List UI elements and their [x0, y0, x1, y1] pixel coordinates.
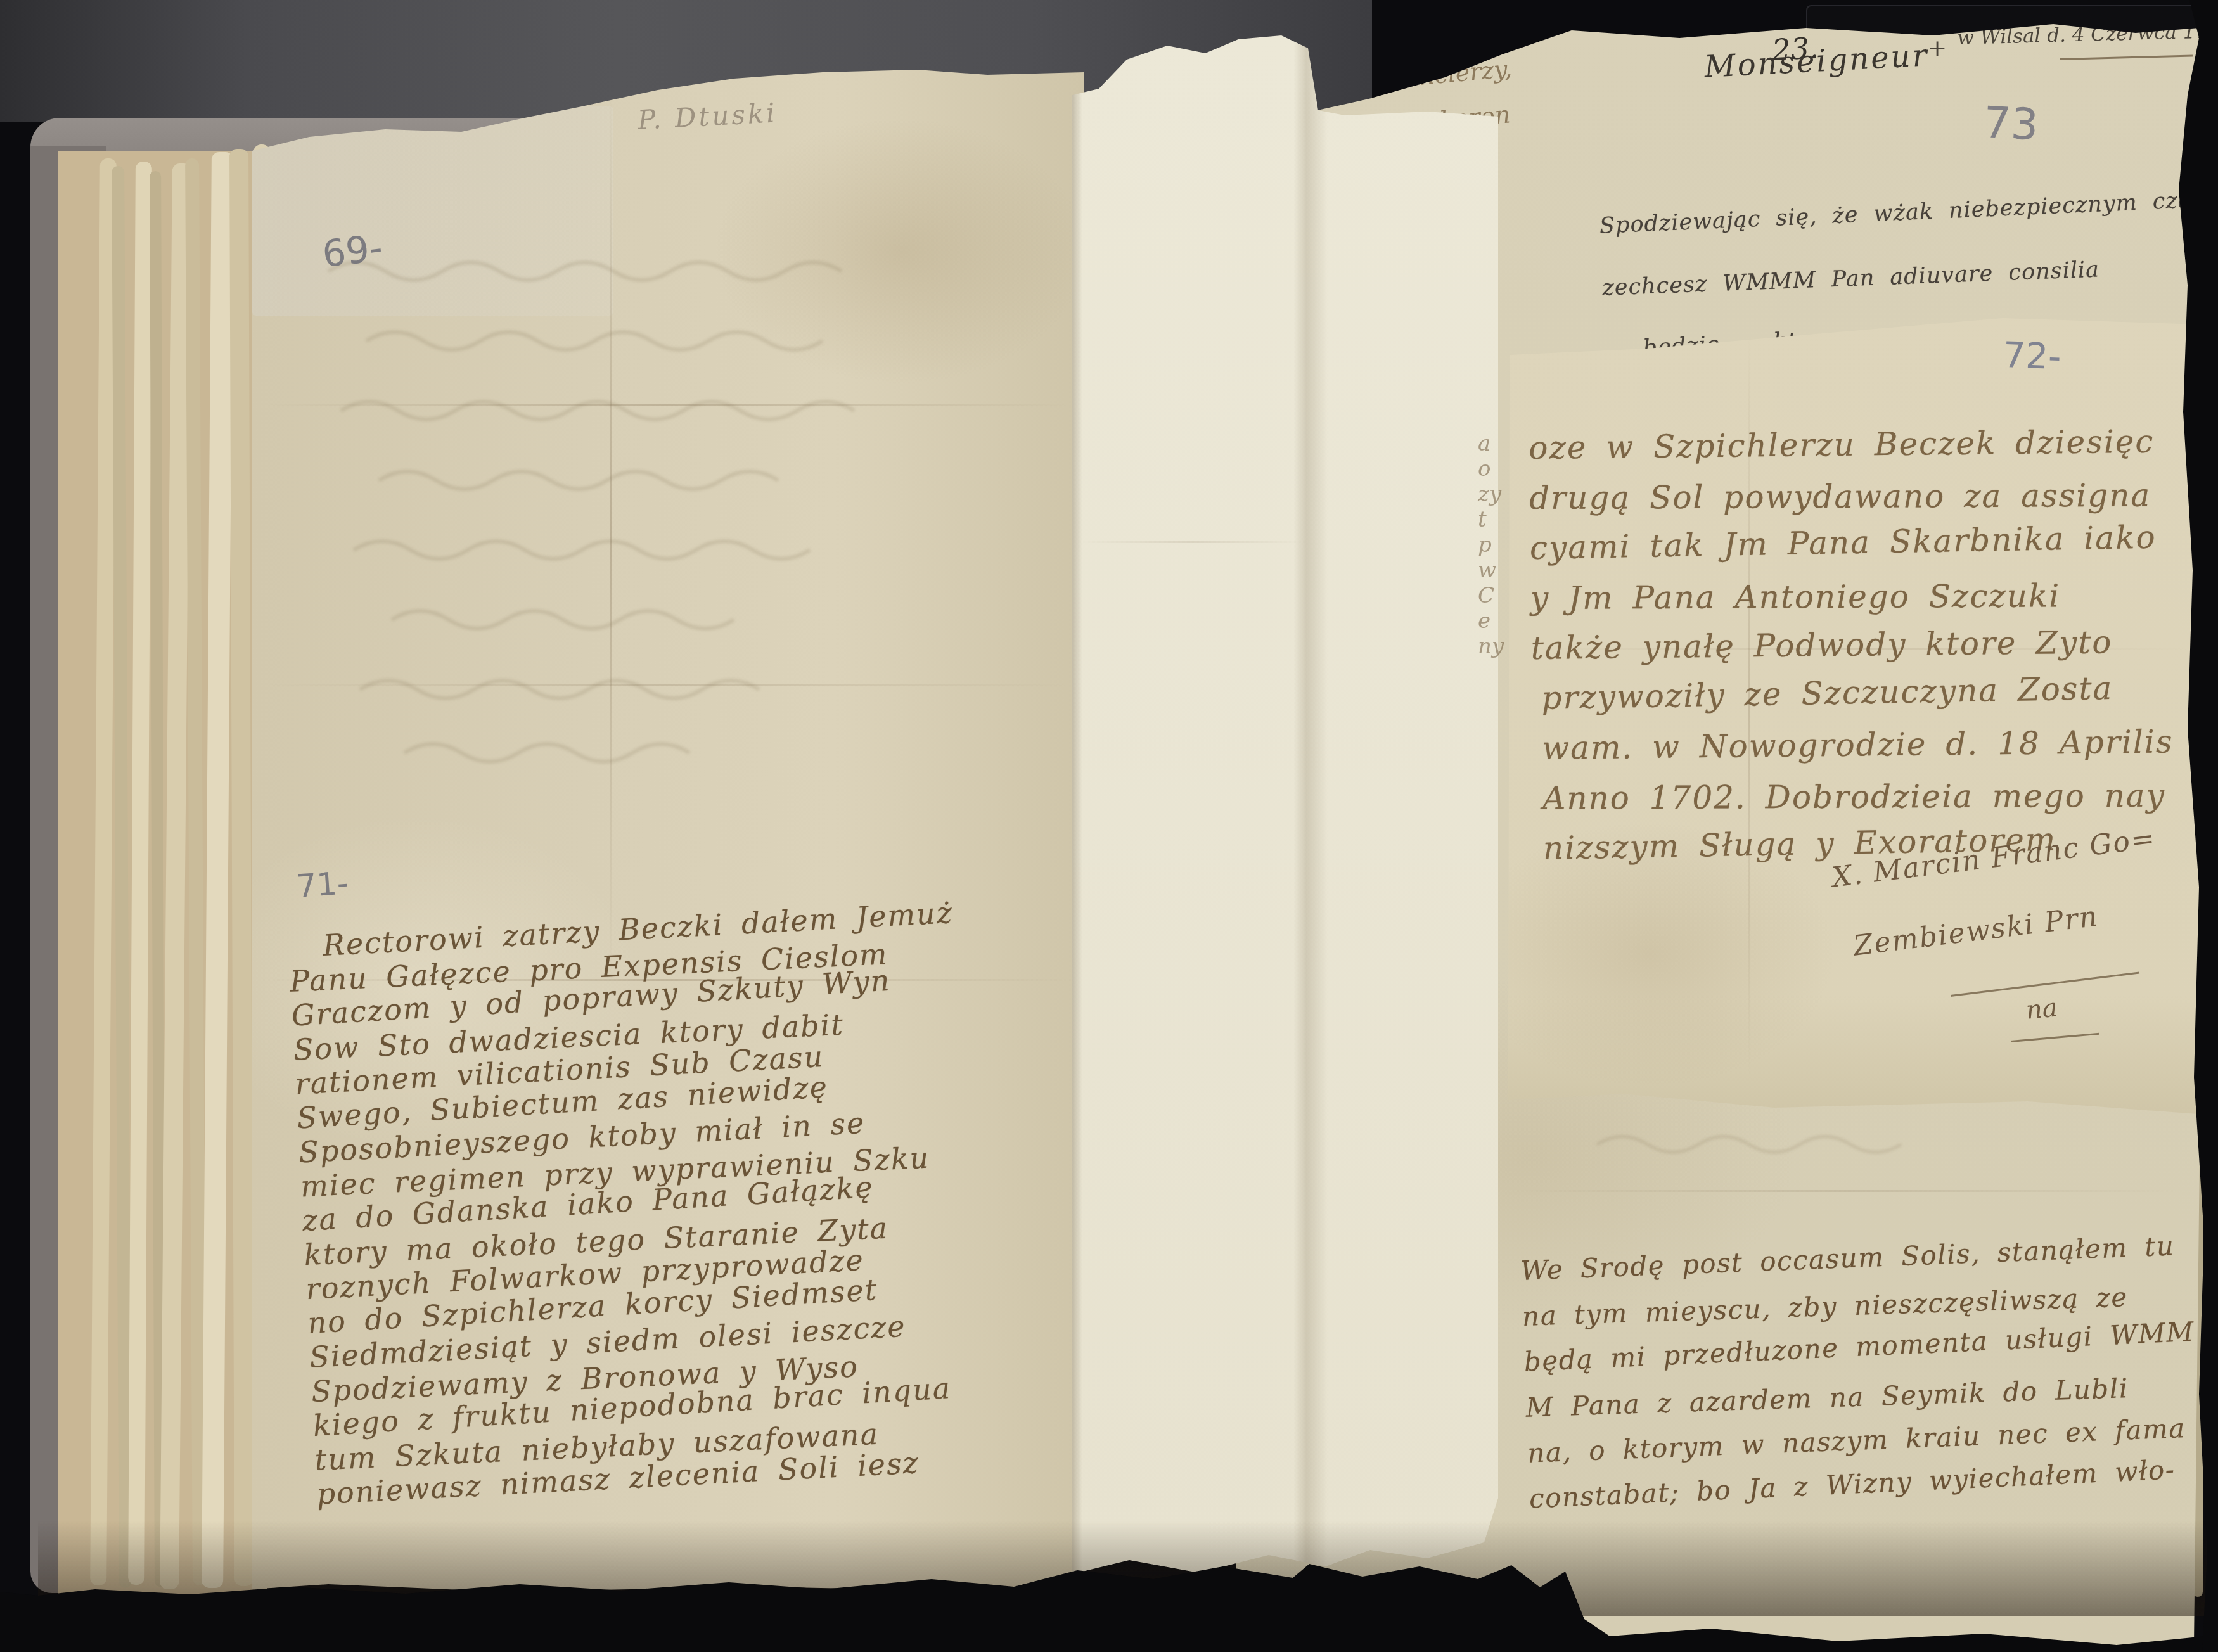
manuscript-line: C [1478, 583, 1508, 608]
photo-manuscript-book: Jm P Podkanclerzy, koron 23. Monseigneur… [0, 0, 2218, 1652]
pencil-folio-72: 72- [2003, 335, 2062, 378]
manuscript-line: przywoziły ze Szczuczyna Zosta [1541, 662, 2173, 723]
fragment-glyph-column: aozytpwCeny [1478, 431, 1508, 659]
letter-72-text-block: oze w Szpichlerzu Beczek dziesięcdrugą S… [1529, 416, 2174, 874]
manuscript-line: y Jm Pana Antoniego Szczuki [1530, 571, 2172, 624]
manuscript-line: t [1478, 507, 1508, 532]
crease-line [1079, 541, 1307, 543]
postscript-text-block: We Srodę post occasum Solis, stanąłem tu… [1520, 1222, 2201, 1521]
left-manuscript-page: P. Dtuski 69- 71- Rectorowi zatrzy Beczk… [252, 68, 1084, 1592]
signature-line-2: Zembiewski Prn [1852, 900, 2100, 963]
left-heading-annotation: P. Dtuski [637, 97, 778, 135]
manuscript-line: cyami tak Jm Pana Skarbnika iako [1529, 512, 2171, 573]
manuscript-line: wam. w Nowogrodzie d. 18 Aprilis [1542, 717, 2174, 773]
manuscript-line: oze w Szpichlerzu Beczek dziesięc [1529, 416, 2170, 473]
manuscript-line: zy [1478, 482, 1508, 507]
letter-72-sheet: 72- oze w Szpichlerzu Beczek dziesięcdru… [1507, 293, 2215, 1120]
manuscript-line: w [1478, 558, 1508, 583]
crease-line [1508, 1190, 2180, 1192]
manuscript-line: e [1478, 608, 1508, 634]
manuscript-line: a [1478, 431, 1508, 456]
cross-mark: + [1928, 35, 1947, 61]
blank-interleaf-page [1072, 34, 1498, 1584]
signature-flourish-2 [2011, 1033, 2099, 1042]
salutation-monseigneur: Monseigneur [1703, 37, 1930, 84]
dateline-underline [2060, 55, 2193, 60]
pencil-folio-73: 73 [1982, 98, 2040, 150]
manuscript-line: p [1478, 532, 1508, 558]
signature-line-3: na [2025, 994, 2058, 1025]
pencil-folio-69: 69- [320, 226, 385, 276]
signature-flourish [1951, 971, 2139, 997]
manuscript-line: o [1478, 456, 1508, 482]
bleedthrough-marks [290, 233, 1019, 791]
pencil-folio-71: 71- [295, 864, 350, 905]
manuscript-line: ny [1478, 634, 1508, 659]
